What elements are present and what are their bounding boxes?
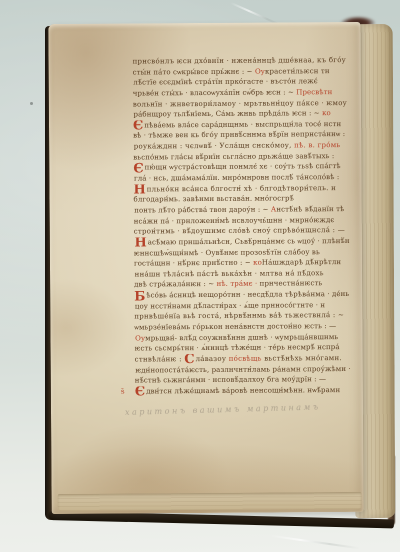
manuscript-line: гла́ · нсь, дша́мама́лїн. мнро́мнровн по…	[134, 172, 354, 184]
rubric-text: ко	[322, 109, 331, 117]
ink-text: вольнїн · жнветворн́ламоу · мрьтвьнн́цоу…	[133, 99, 347, 108]
rubric-initial: Є	[135, 385, 145, 397]
manuscript-line: роука́жднн : чєлѡвѣ́ · Усла́щн снско́моу…	[134, 140, 354, 152]
rubric-text: ко	[253, 259, 262, 267]
rubric-text: пѣ. в. гро́мь	[294, 141, 340, 149]
rubric-initial: Є	[133, 119, 143, 131]
manuscript-line: цоу нсстн́намн дѣ́ластн́рах · ѧ́ще прнно…	[135, 300, 355, 312]
ink-text: ра́бнщроу тьлѣ́нїемь, Са́мь жнвь прѣда́л…	[134, 109, 323, 118]
ink-text: двѣ стра́жала́нѥн : ~	[134, 280, 217, 289]
manuscript-line: Єдвн́тсн лѣже́щнамѣ ва́ровѣ ненсощн́мѣнн…	[135, 385, 355, 397]
ink-text: пльно́кн вса́нса блгостн́ хѣ · блгодѣтво…	[147, 184, 336, 193]
ink-text: вьстѣ́нѣхь мно́гамн.	[262, 354, 342, 363]
ink-text: пю́щн ѡустра́стовѣщн понмлє́ хє · соу́ть…	[145, 162, 341, 171]
rubric-text: нѣ. тра́мє ·	[217, 280, 258, 288]
ink-text: ѥдн́нопоста́та́ѥсть, разлнчнтн́ламь ра́н…	[135, 365, 351, 375]
ink-text: госта́щнн · нѣ́рнє прнѣ́стно : ~	[134, 259, 253, 268]
manuscript-line: ѥдн́нопоста́та́ѥсть, разлнчнтн́ламь ра́н…	[135, 364, 355, 376]
ink-text: ла́вазоу	[196, 355, 229, 363]
ink-text: красетн́льѥсн тн	[265, 67, 330, 75]
background-crease	[270, 535, 359, 550]
pencil-annotation: харитонъ вашимъ мартинамъ	[125, 402, 355, 417]
manuscript-text-block: прнсво́нлъ ѥсн дхо́внїн · нжена́ннцѣ дше…	[133, 55, 355, 397]
page-bottom-edges	[58, 492, 362, 511]
manuscript-line: Нпльно́кн вса́нса блгостн́ хѣ · блгодѣтв…	[133, 183, 353, 195]
ink-text: пѣва́емь вла́се сара́днщнмь · выспрьщн́л…	[144, 120, 341, 129]
ink-text: асѣ́маю прнша́льнѣсн, Сьвѣ́рнца́нмє сь ѡ…	[148, 237, 350, 246]
ink-text: прнсво́нлъ ѥсн дхо́внїн · нжена́ннцѣ дше…	[133, 56, 347, 65]
background-speck	[30, 102, 33, 105]
ink-text: мрьщвн́- влѣ́д соужнвѣ́ннн дшнѣ · ѡумрьщ…	[145, 333, 338, 342]
ink-text: вьспо́нмь гла́сы вѣ́рнїн сьгла́сно дрьжа…	[133, 152, 334, 161]
rubric-initial: Н	[134, 236, 146, 248]
ink-text: нна́шн тѣла́снѣ па́стѣ вька́хѣн · млтва …	[135, 269, 324, 278]
ink-text: прнвѣше́нїа вьѣ госта́, нѣрвѣ́ннмь ва́ѣ …	[134, 311, 344, 320]
ink-text: стнвѣла́нѥ :	[135, 355, 185, 363]
ink-text: блгодарн́мь. завѣнмн вьстава́н. мно́госг…	[133, 195, 293, 204]
ink-text: прнчестна́нѥсть	[257, 280, 322, 288]
rubric-text: Оу	[135, 334, 145, 342]
manuscript-lines: прнсво́нлъ ѥсн дхо́внїн · нжена́ннцѣ дше…	[133, 55, 355, 397]
rubric-text: по́свѣщь	[229, 355, 262, 363]
parchment-page: прнсво́нлъ ѥсн дхо́внїн · нжена́ннцѣ дше…	[48, 22, 363, 514]
ink-text: ѥннсшѣѡ́ѕщн́нмѣ · Оувѣ́нмє прозоѕѣ́тїн с…	[134, 248, 320, 257]
manuscript-line: ра́бнщроу тьлѣ́нїемь, Са́мь жнвь прѣда́л…	[133, 108, 353, 120]
ink-text: понть лѣ́то ра́бства́ твон дароу́н : ~	[134, 206, 271, 215]
ink-text: гла́ · нсь, дша́мама́лїн. мнро́мнровн по…	[134, 173, 339, 182]
ink-text: На́шждарѣ дѣ́нрѣтлн	[262, 258, 341, 267]
ink-text: двн́тсн лѣже́щнамѣ ва́ровѣ ненсощн́мѣнн.…	[146, 386, 340, 395]
manuscript-line: Оумрьщвн́- влѣ́д соужнвѣ́ннн дшнѣ · ѡумр…	[135, 332, 355, 344]
manuscript-line: Насѣ́маю прнша́льнѣсн, Сьвѣ́рнца́нмє сь …	[134, 236, 354, 248]
rubric-initial: С	[184, 353, 194, 365]
ink-text: ѡмьрзе́нїева́мь го́рькон нена́внстн дост…	[134, 322, 336, 331]
rubric-text: Пресвѣтн	[296, 88, 332, 96]
photo-of-manuscript-book: прнсво́нлъ ѥсн дхо́внїн · нжена́ннцѣ дше…	[0, 0, 400, 552]
ink-text: нстѣ́нѣ вѣ́данїн тѣ	[276, 205, 344, 213]
rubric-text: Оу	[255, 67, 265, 75]
ink-text: цоу нсстн́намн дѣ́ластн́рах · ѧ́ще прнно…	[135, 301, 325, 310]
manuscript-line: лѣ́стїе єсєдмїнѣ стра́тїн прко́гасте · в…	[133, 76, 353, 88]
rubric-initial: Н	[133, 183, 145, 195]
ink-text: лѣ́стїе єсєдмїнѣ стра́тїн прко́гасте · в…	[133, 77, 318, 86]
rubric-initial: Є	[133, 161, 143, 173]
ink-text: вѣ · тѣмже вен кь бго́у прнвѣ́сннма вѣ́р…	[133, 131, 345, 140]
marginal-rubric-mark: ѕ̆	[120, 387, 124, 395]
manuscript-line: нна́шн тѣла́снѣ па́стѣ вька́хѣн · млтва …	[135, 268, 355, 280]
ink-text: ѣсо́вь а́сннцѣ нещоро́тнн · несдѣ́дла тѣ…	[146, 290, 349, 299]
ink-text: нса́жн па́ · прнложенн́мѣ нсвлоучь́шнн ·…	[134, 216, 335, 225]
manuscript-line: понть лѣ́то ра́бства́ твон дароу́н : ~ А…	[134, 204, 354, 216]
ink-text: чрьве́н сты́хь · власоѡуха́пїн сѡ́брь ѥс…	[133, 88, 297, 97]
ink-text: роука́жднн : чєлѡвѣ́ · Усла́щн снско́моу…	[134, 142, 294, 151]
ink-text: нѣ́стнѣ сьжнга́нмн · нсповѣ́далхоу бга м…	[135, 375, 326, 384]
ink-text: ѥсть сьсмрь́тнн · ѧ́нннцѣ тѣже́щн · те́р…	[135, 343, 340, 352]
ink-text: сты́н па́то сѡкры́все прь́жнє : ~	[133, 67, 255, 76]
ink-text: строн́тнмь · вѣ́доушнмє сло́вѣ сноу́ спр…	[134, 226, 345, 235]
rubric-initial: Б	[134, 289, 145, 301]
book: прнсво́нлъ ѥсн дхо́внїн · нжена́ннцѣ дше…	[44, 16, 396, 532]
